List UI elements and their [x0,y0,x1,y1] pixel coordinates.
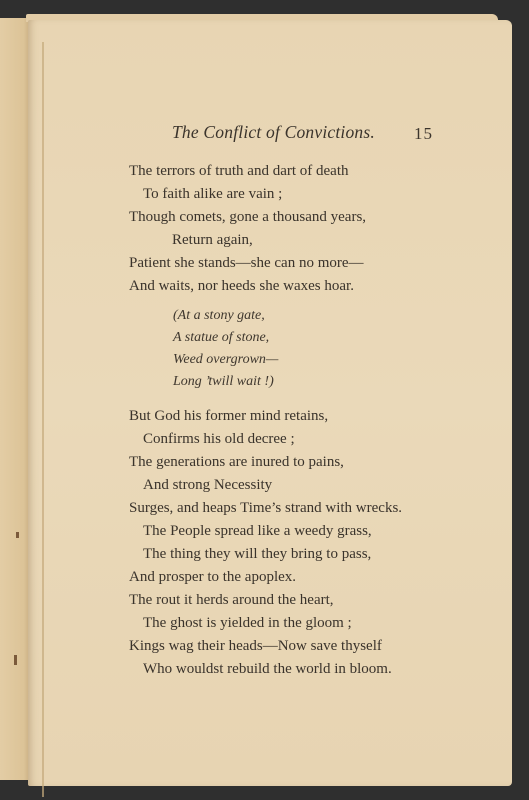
interlude-line: (At a stony gate, [173,305,278,327]
verse-line: Surges, and heaps Time’s strand with wre… [129,497,402,520]
verse-line: Who wouldst rebuild the world in bloom. [129,658,402,681]
verse-line: And waits, nor heeds she waxes hoar. [129,275,366,298]
verse-line: And prosper to the apoplex. [129,566,402,589]
running-head: The Conflict of Convictions. [172,122,375,143]
verse-line: Confirms his old decree ; [129,428,402,451]
facing-page-edge [0,18,30,780]
binding-mark [16,532,19,538]
verse-line: The terrors of truth and dart of death [129,160,366,183]
verse-line: The People spread like a weedy grass, [129,520,402,543]
verse-line: And strong Necessity [129,474,402,497]
verse-line: Kings wag their heads—Now save thyself [129,635,402,658]
interlude-line: A statue of stone, [173,327,278,349]
stanza-1: The terrors of truth and dart of death T… [129,160,366,298]
verse-line: The generations are inured to pains, [129,451,402,474]
page-number: 15 [414,124,433,144]
interlude-line: Weed overgrown— [173,349,278,371]
interlude-line: Long ’twill wait !) [173,371,278,393]
verse-line: To faith alike are vain ; [129,183,366,206]
italic-interlude: (At a stony gate, A statue of stone, Wee… [173,305,278,393]
verse-line: Though comets, gone a thousand years, [129,206,366,229]
verse-line: The thing they will they bring to pass, [129,543,402,566]
verse-line: But God his former mind retains, [129,405,402,428]
verse-line: The ghost is yielded in the gloom ; [129,612,402,635]
verse-line: The rout it herds around the heart, [129,589,402,612]
binding-mark [14,655,17,665]
verse-line: Return again, [129,229,366,252]
verse-line: Patient she stands—she can no more— [129,252,366,275]
gutter-line [42,42,44,797]
stanza-2: But God his former mind retains, Confirm… [129,405,402,681]
